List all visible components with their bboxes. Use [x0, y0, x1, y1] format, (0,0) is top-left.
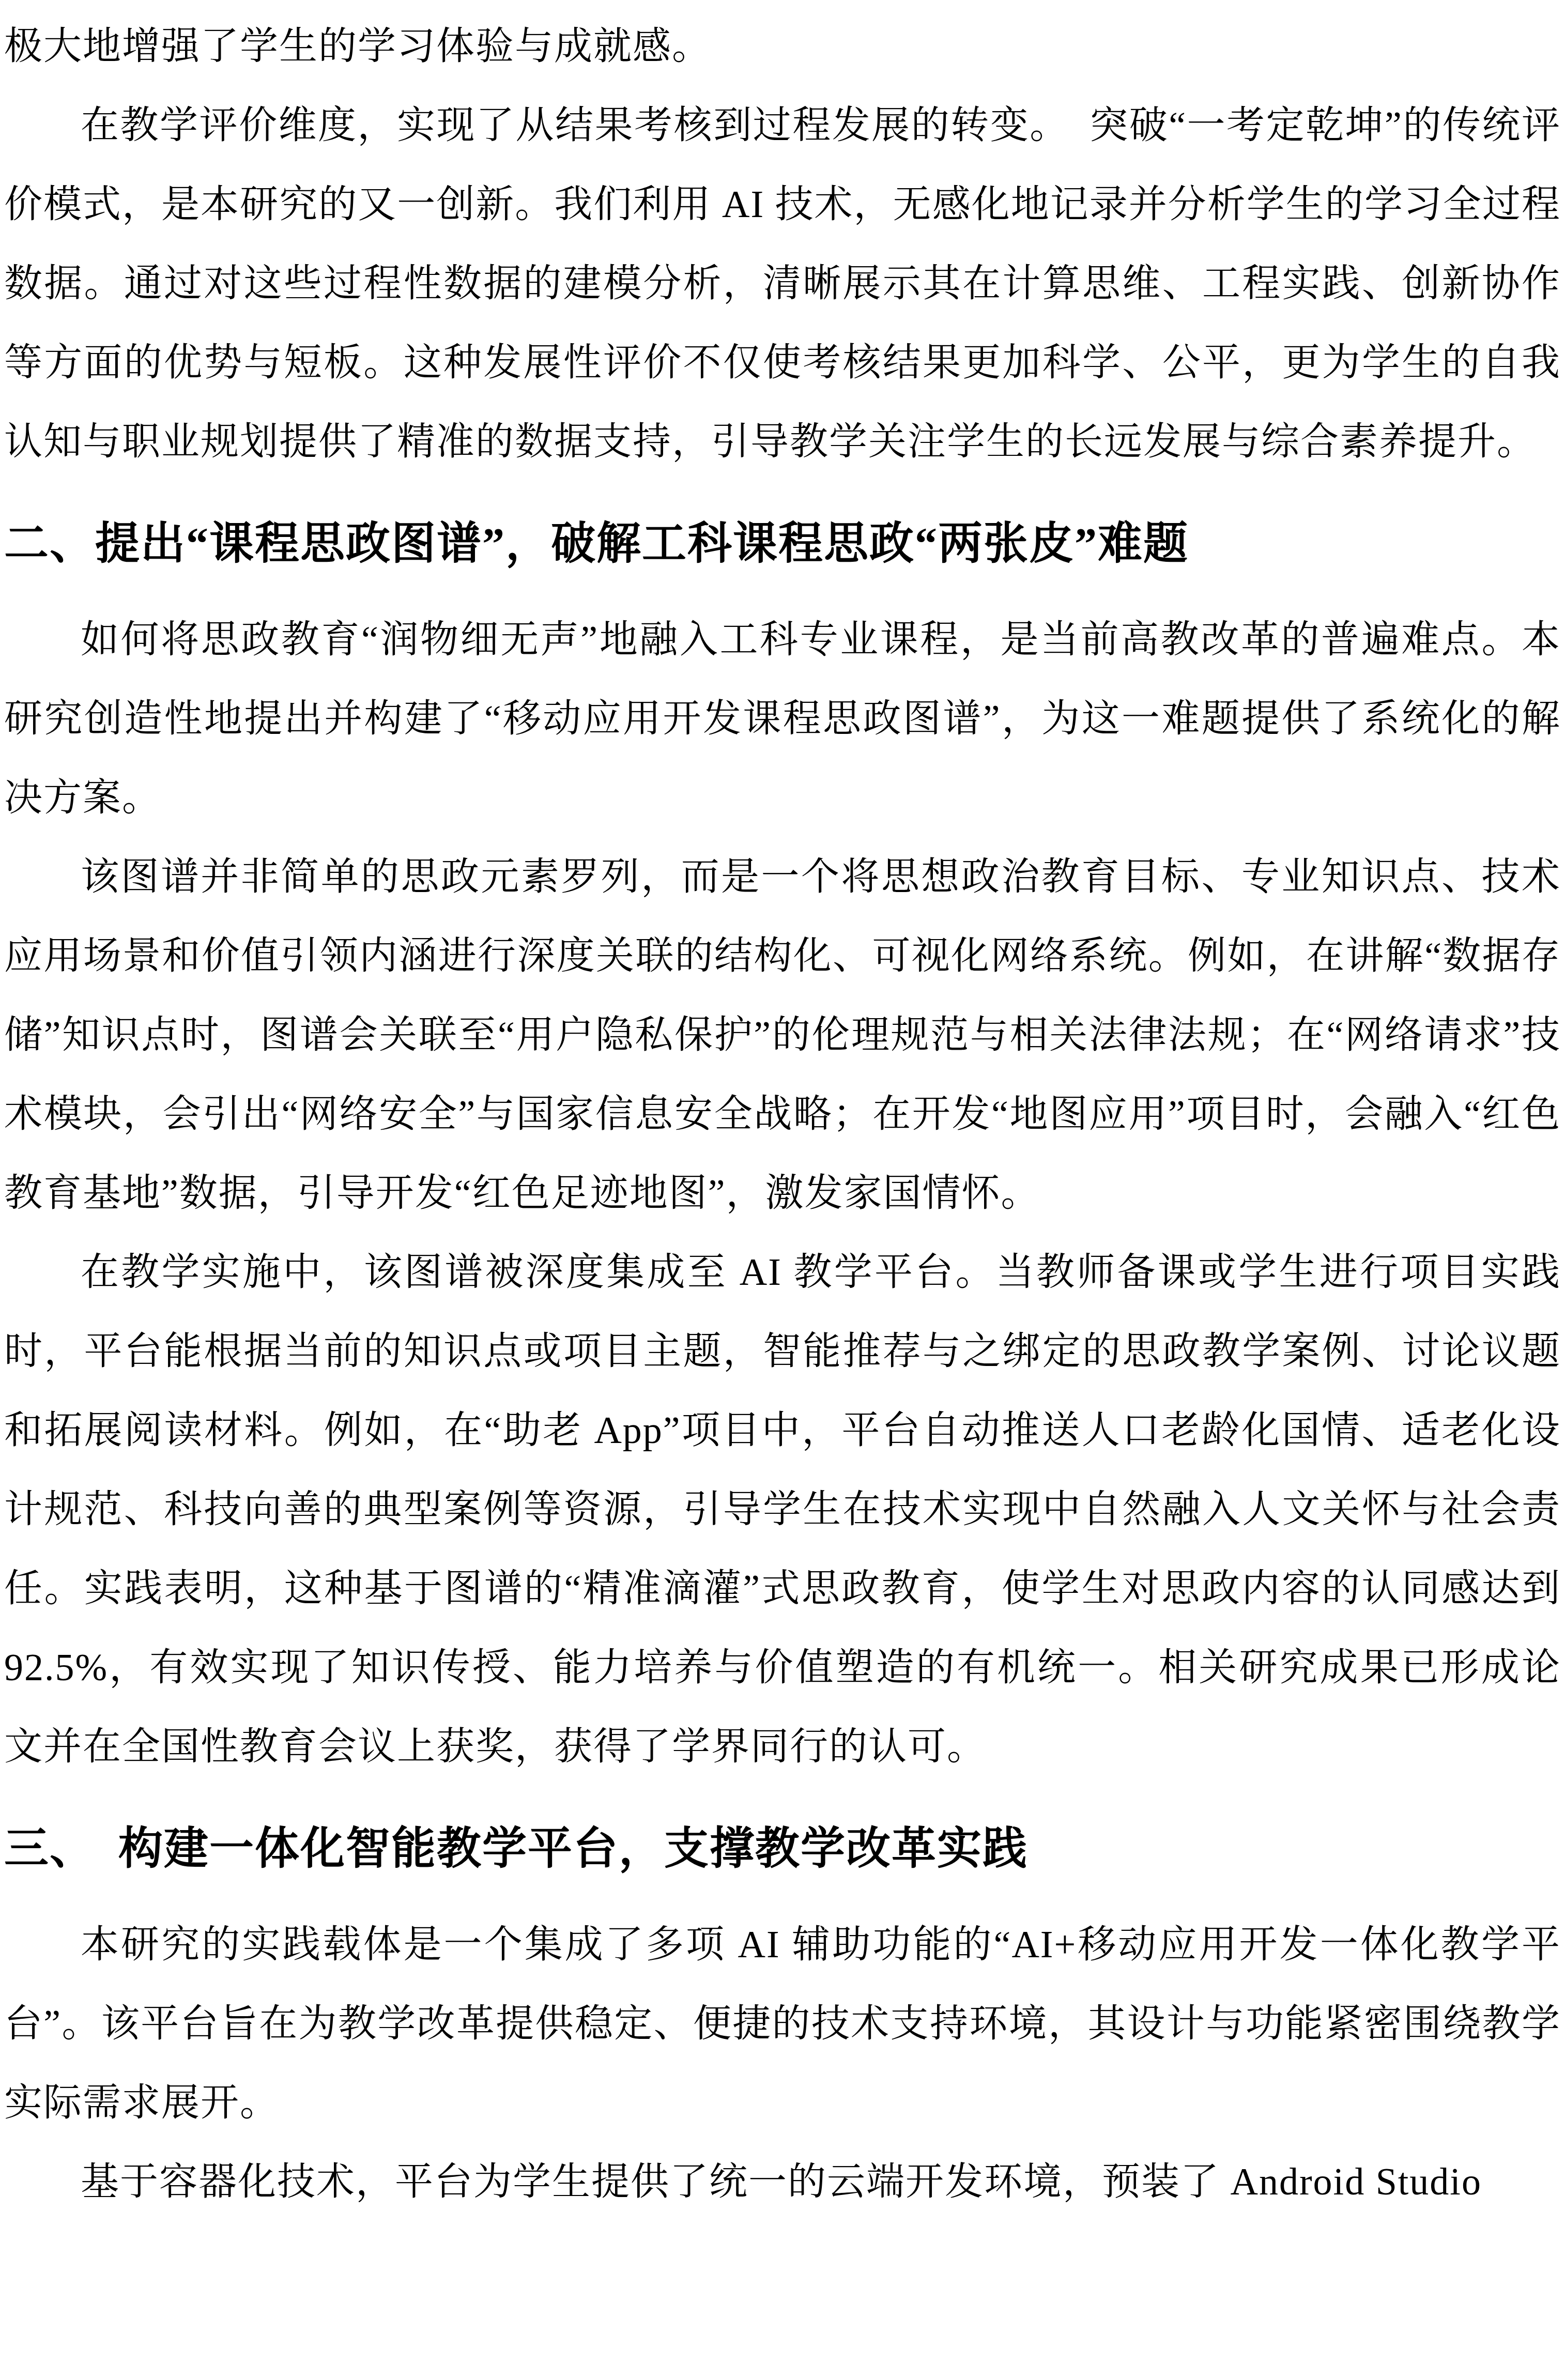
heading-section-3: 三、 构建一体化智能教学平台，支撑教学改革实践	[4, 1806, 1561, 1891]
heading-section-2: 二、提出“课程思政图谱”，破解工科课程思政“两张皮”难题	[4, 501, 1561, 586]
paragraph-teaching-evaluation: 在教学评价维度，实现了从结果考核到过程发展的转变。 突破“一考定乾坤”的传统评价…	[4, 86, 1561, 482]
paragraph-atlas-structure: 该图谱并非简单的思政元素罗列，而是一个将思想政治教育目标、专业知识点、技术应用场…	[4, 838, 1561, 1233]
document-page: 极大地增强了学生的学习体验与成就感。 在教学评价维度，实现了从结果考核到过程发展…	[0, 0, 1565, 2380]
paragraph-container-tech: 基于容器化技术，平台为学生提供了统一的云端开发环境，预装了 Android St…	[4, 2143, 1561, 2222]
paragraph-platform-intro: 本研究的实践载体是一个集成了多项 AI 辅助功能的“AI+移动应用开发一体化教学…	[4, 1906, 1561, 2143]
paragraph-continuation: 极大地增强了学生的学习体验与成就感。	[4, 7, 1561, 86]
paragraph-ideology-intro: 如何将思政教育“润物细无声”地融入工科专业课程，是当前高教改革的普遍难点。本研究…	[4, 601, 1561, 838]
paragraph-atlas-implementation: 在教学实施中，该图谱被深度集成至 AI 教学平台。当教师备课或学生进行项目实践时…	[4, 1233, 1561, 1787]
